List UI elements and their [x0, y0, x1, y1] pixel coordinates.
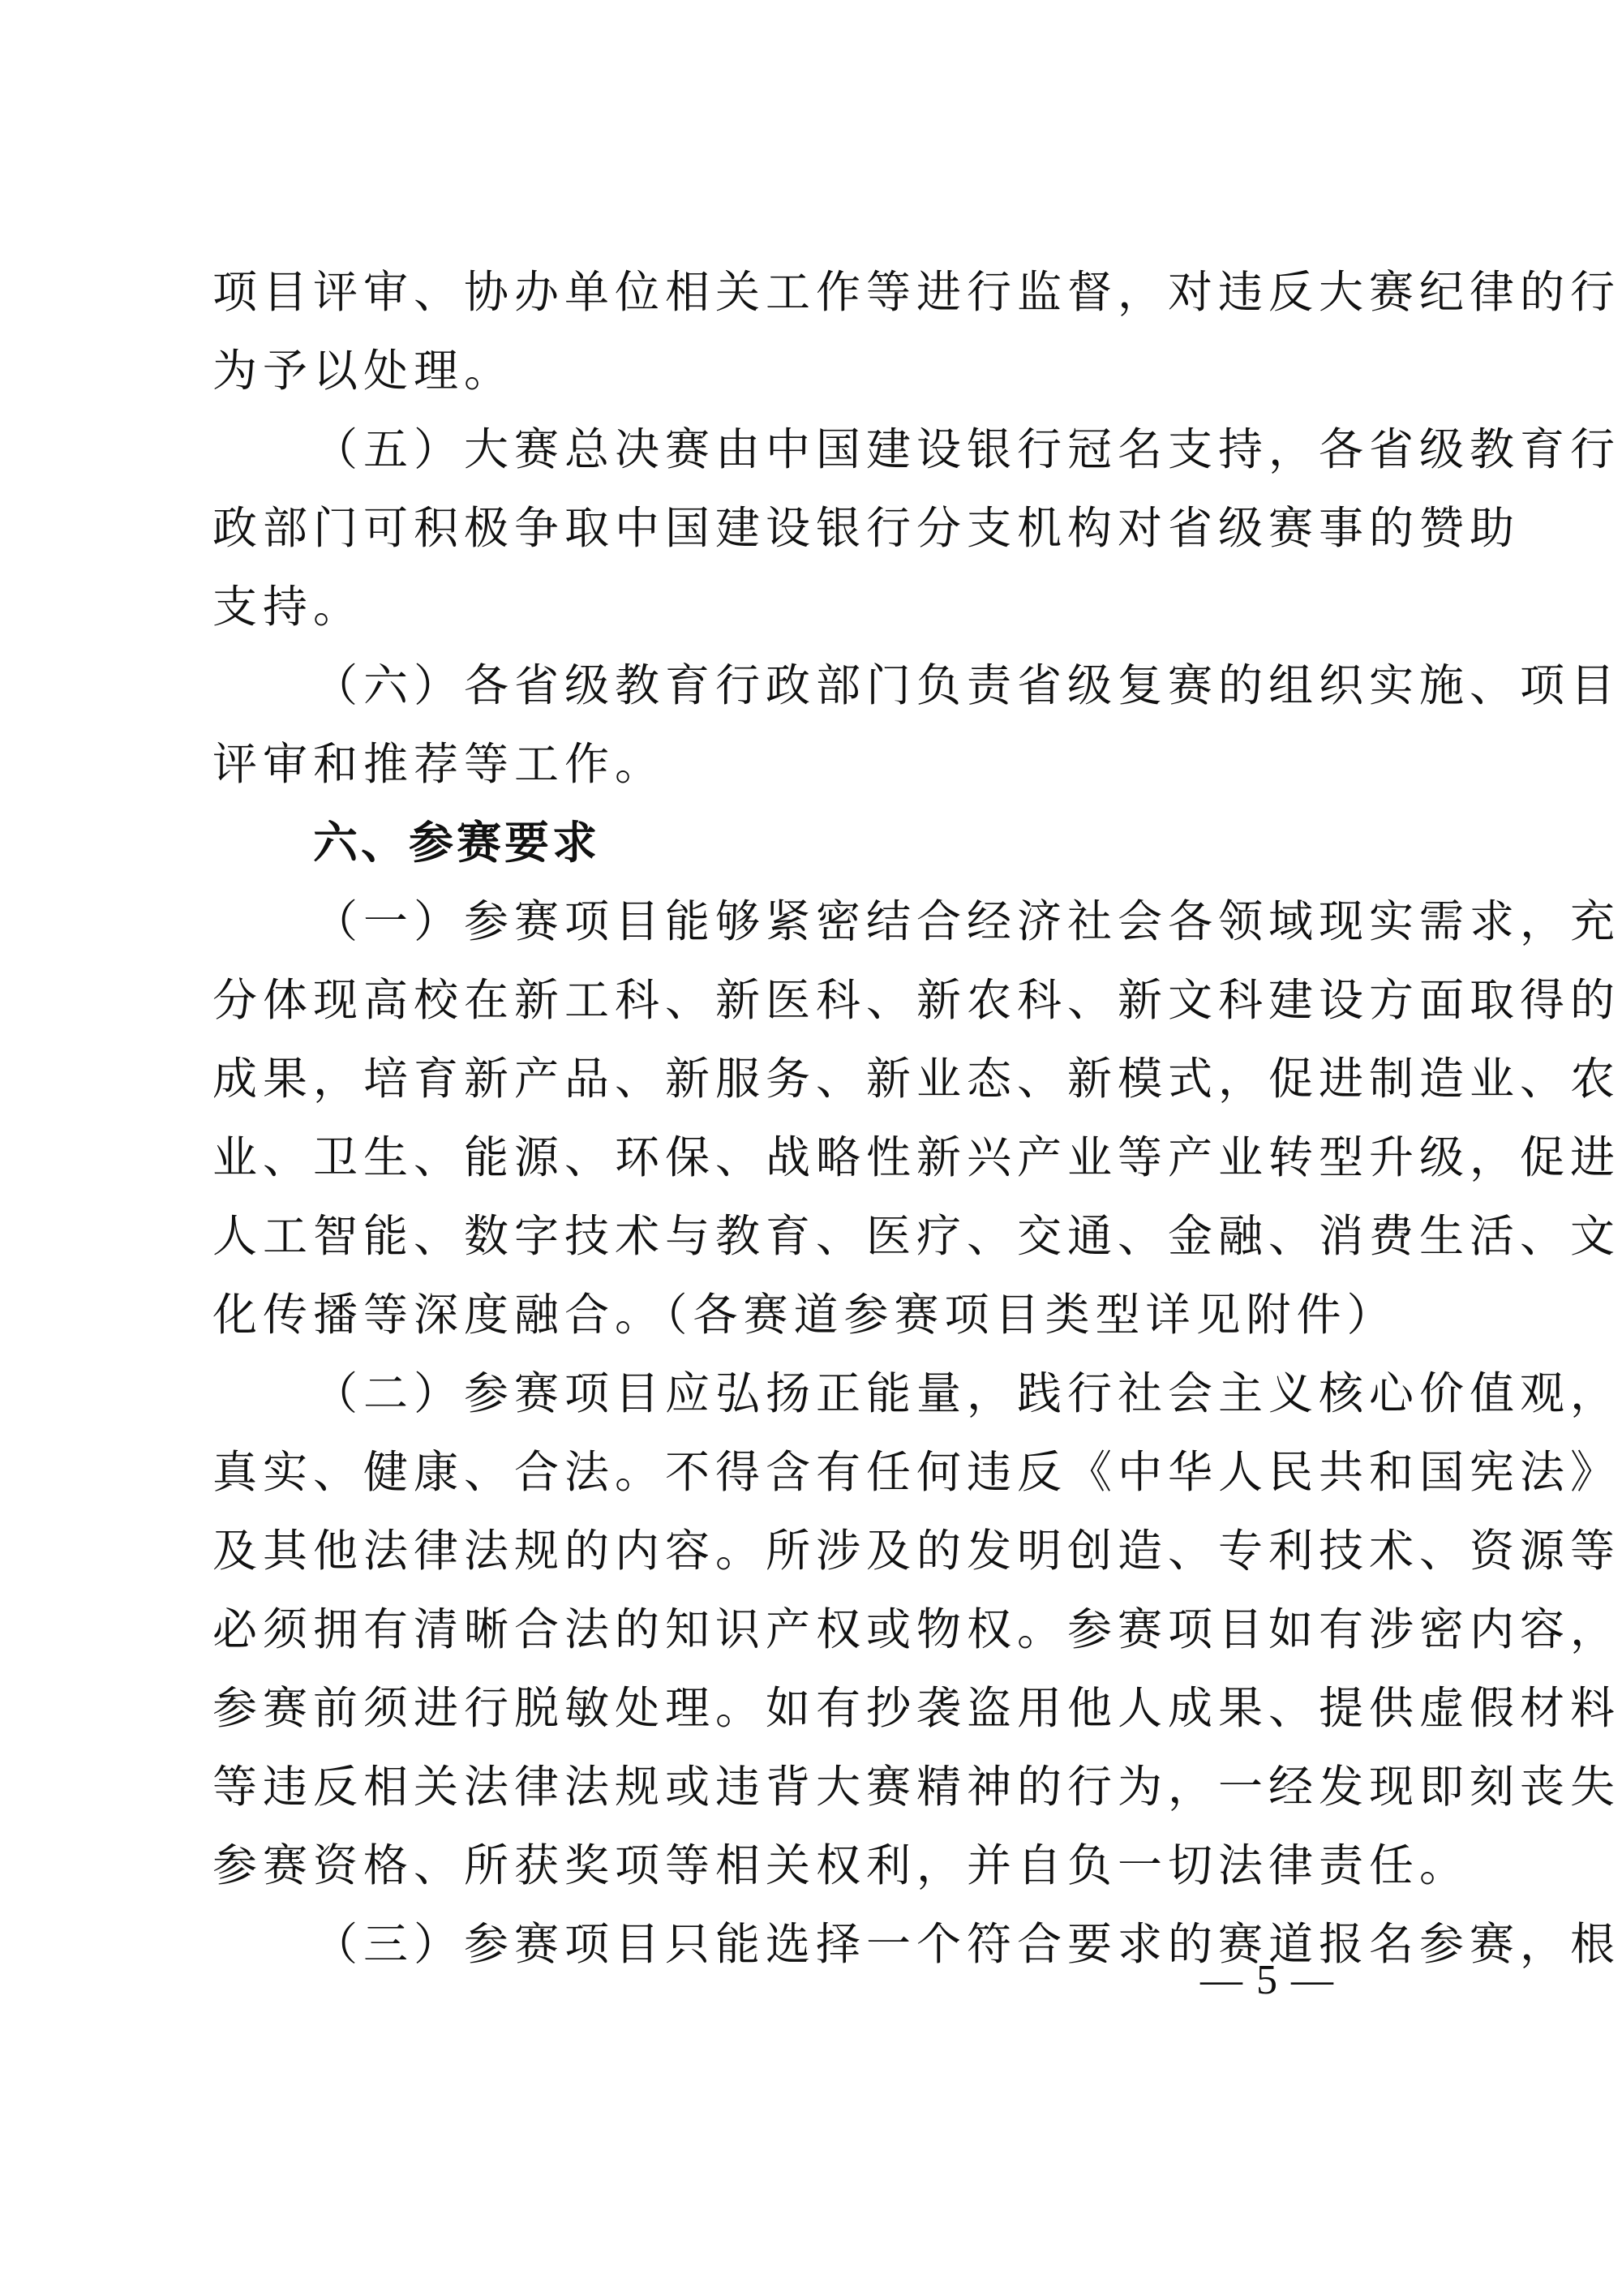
text-line: 人工智能、数字技术与教育、医疗、交通、金融、消费生活、文 — [212, 1197, 1372, 1276]
paragraph-requirement-3: （三）参赛项目只能选择一个符合要求的赛道报名参赛，根 — [212, 1905, 1372, 1984]
text-line: （三）参赛项目只能选择一个符合要求的赛道报名参赛，根 — [212, 1905, 1372, 1984]
text-line: 分体现高校在新工科、新医科、新农科、新文科建设方面取得的 — [212, 961, 1372, 1040]
text-line: 为予以处理。 — [212, 332, 1372, 410]
text-line: 参赛前须进行脱敏处理。如有抄袭盗用他人成果、提供虚假材料 — [212, 1669, 1372, 1748]
text-line: 必须拥有清晰合法的知识产权或物权。参赛项目如有涉密内容， — [212, 1590, 1372, 1669]
section-heading: 六、参赛要求 — [212, 804, 1372, 882]
paragraph-item-6: （六）各省级教育行政部门负责省级复赛的组织实施、项目 评审和推荐等工作。 — [212, 646, 1372, 804]
text-line: 支持。 — [212, 568, 1372, 646]
text-line: 真实、健康、合法。不得含有任何违反《中华人民共和国宪法》 — [212, 1433, 1372, 1512]
page-number: — 5 — — [1200, 1956, 1335, 2004]
text-line: （一）参赛项目能够紧密结合经济社会各领域现实需求，充 — [212, 882, 1372, 961]
text-line: 参赛资格、所获奖项等相关权利，并自负一切法律责任。 — [212, 1826, 1372, 1905]
text-line: 成果，培育新产品、新服务、新业态、新模式，促进制造业、农 — [212, 1040, 1372, 1118]
paragraph-item-5: （五）大赛总决赛由中国建设银行冠名支持，各省级教育行 政部门可积极争取中国建设银… — [212, 410, 1372, 646]
text-line: 等违反相关法律法规或违背大赛精神的行为，一经发现即刻丧失 — [212, 1748, 1372, 1826]
text-line: 评审和推荐等工作。 — [212, 725, 1372, 804]
paragraph-continuation: 项目评审、协办单位相关工作等进行监督，对违反大赛纪律的行 为予以处理。 — [212, 253, 1372, 410]
paragraph-requirement-2: （二）参赛项目应弘扬正能量，践行社会主义核心价值观， 真实、健康、合法。不得含有… — [212, 1354, 1372, 1905]
text-line: 及其他法律法规的内容。所涉及的发明创造、专利技术、资源等 — [212, 1512, 1372, 1590]
text-line: 项目评审、协办单位相关工作等进行监督，对违反大赛纪律的行 — [212, 253, 1372, 332]
text-line: 政部门可积极争取中国建设银行分支机构对省级赛事的赞助 — [212, 489, 1372, 568]
text-line: （六）各省级教育行政部门负责省级复赛的组织实施、项目 — [212, 646, 1372, 725]
text-line: 化传播等深度融合。（各赛道参赛项目类型详见附件） — [212, 1276, 1372, 1354]
text-line: 业、卫生、能源、环保、战略性新兴产业等产业转型升级，促进 — [212, 1118, 1372, 1197]
text-line: （二）参赛项目应弘扬正能量，践行社会主义核心价值观， — [212, 1354, 1372, 1433]
paragraph-requirement-1: （一）参赛项目能够紧密结合经济社会各领域现实需求，充 分体现高校在新工科、新医科… — [212, 882, 1372, 1354]
document-page: 项目评审、协办单位相关工作等进行监督，对违反大赛纪律的行 为予以处理。 （五）大… — [212, 253, 1372, 1984]
text-line: （五）大赛总决赛由中国建设银行冠名支持，各省级教育行 — [212, 410, 1372, 489]
